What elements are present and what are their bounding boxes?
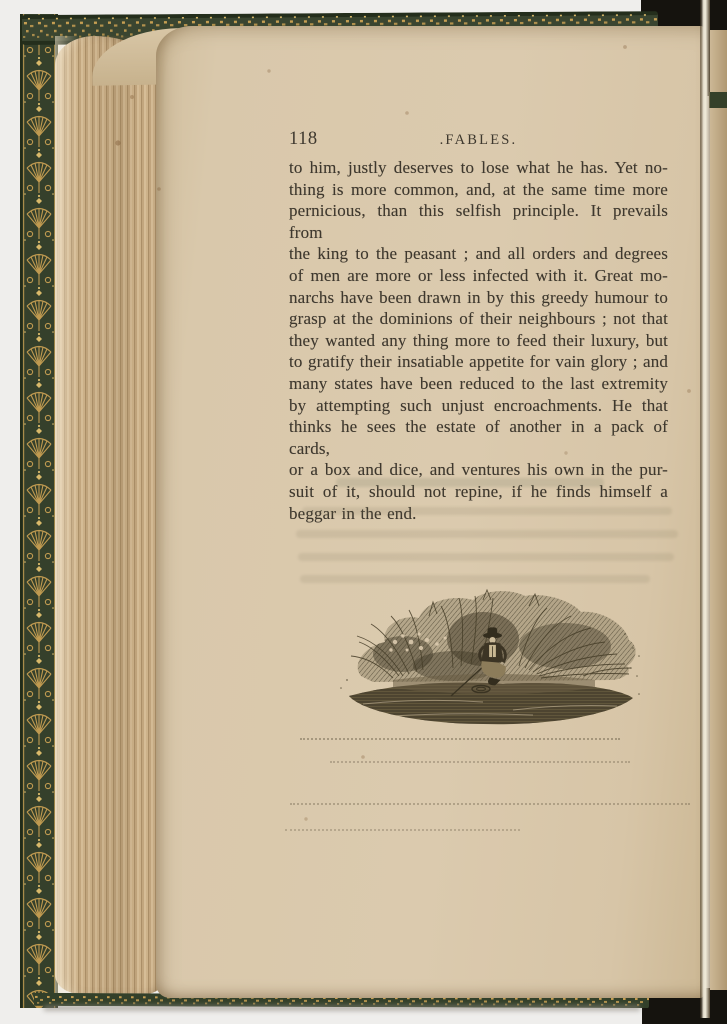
show-through-heading — [336, 478, 604, 487]
book-cast-shadow — [44, 1005, 640, 1011]
page-gutter-highlight — [700, 0, 710, 1018]
book-page: 118 .FABLES. to him, justly deserves to … — [156, 26, 704, 998]
foxing-specks — [0, 0, 2, 2]
text-block: 118 .FABLES. to him, justly deserves to … — [289, 129, 668, 524]
page-fore-edges — [55, 36, 163, 994]
show-through-line — [298, 553, 674, 561]
body-line: grasp at the dominions of their neighbou… — [289, 308, 668, 330]
body-line: of men are more or less infected with it… — [289, 265, 668, 287]
body-line: they wanted any thing more to feed their… — [289, 330, 668, 352]
set-off-dots — [300, 738, 620, 740]
body-line: by attempting such unjust encroachments.… — [289, 395, 668, 417]
set-off-dots — [285, 829, 520, 831]
body-line: thinks he sees the estate of another in … — [289, 416, 668, 459]
body-line: narchs have been drawn in by this greedy… — [289, 287, 668, 309]
body-line: many states have been reduced to the las… — [289, 373, 668, 395]
running-head-row: 118 .FABLES. — [289, 129, 668, 153]
body-line: pernicious, than this selfish principle.… — [289, 200, 668, 243]
running-header: .FABLES. — [289, 132, 668, 149]
vignette-illustration — [333, 584, 647, 742]
show-through-line — [296, 530, 678, 538]
next-page-edge — [710, 30, 727, 990]
body-line: thing is more common, and, at the same t… — [289, 179, 668, 201]
book-spine-gilt-tooling — [20, 14, 58, 1008]
set-off-dots — [290, 803, 690, 805]
body-line: the king to the peasant ; and all orders… — [289, 243, 668, 265]
body-paragraph: to him, justly deserves to lose what he … — [289, 157, 668, 524]
book-photo: 118 .FABLES. to him, justly deserves to … — [0, 0, 727, 1024]
show-through-line — [300, 575, 650, 583]
body-line: to him, justly deserves to lose what he … — [289, 157, 668, 179]
show-through-line — [302, 507, 672, 515]
set-off-dots — [330, 761, 630, 763]
cover-corner-patch — [709, 92, 727, 108]
body-line: to gratify their insatiable appetite for… — [289, 351, 668, 373]
